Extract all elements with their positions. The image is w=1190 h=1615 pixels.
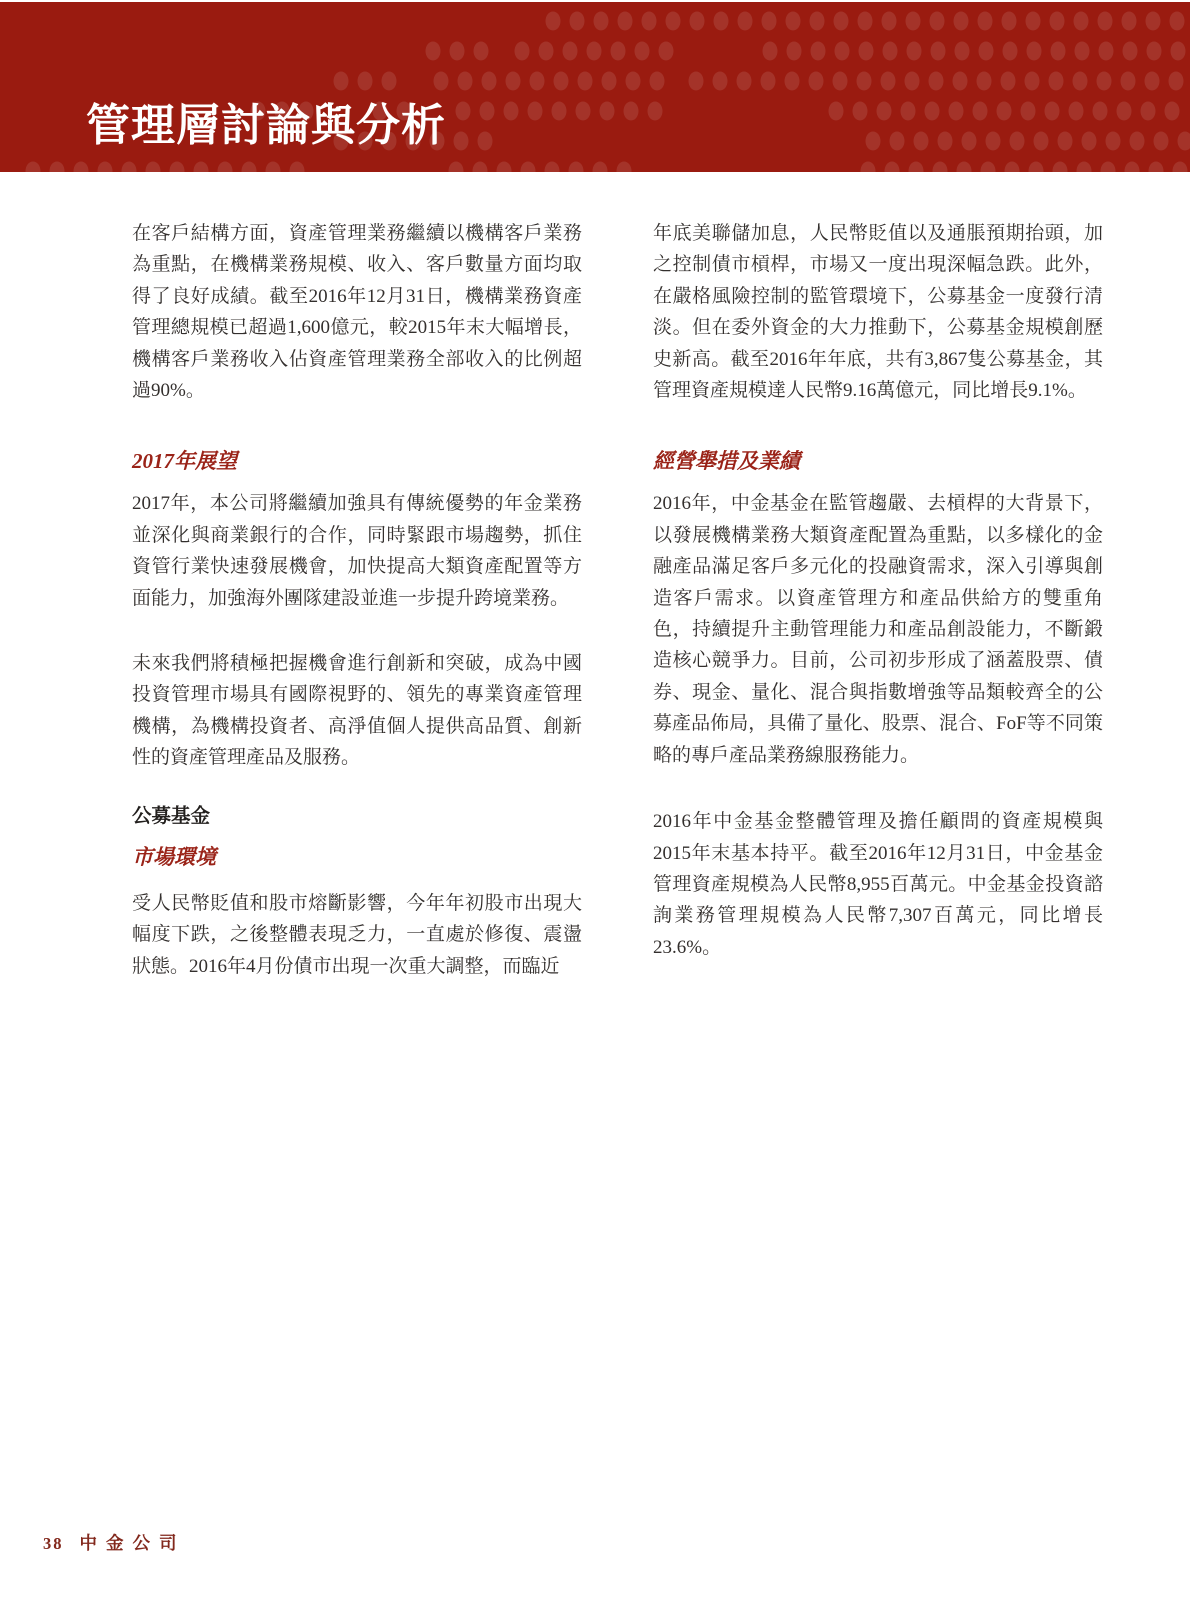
page-footer: 38中金公司 (43, 1530, 186, 1555)
right-column: 年底美聯儲加息，人民幣貶值以及通脹預期抬頭，加之控制債市槓桿，市場又一度出現深幅… (653, 218, 1103, 963)
paragraph-future-goals: 未來我們將積極把握機會進行創新和突破，成為中國投資管理市場具有國際視野的、領先的… (132, 648, 582, 774)
page-title: 管理層討論與分析 (86, 104, 446, 148)
paragraph-client-structure: 在客戶結構方面，資產管理業務繼續以機構客戶業務為重點，在機構業務規模、收入、客戶… (132, 218, 582, 406)
section-heading-operations-results: 經營舉措及業績 (653, 448, 1103, 474)
paragraph-2017-plan: 2017年，本公司將繼續加強具有傳統優勢的年金業務並深化與商業銀行的合作，同時緊… (132, 488, 582, 614)
page-header-banner: 管理層討論與分析 (0, 2, 1190, 172)
page-number: 38 (43, 1534, 64, 1553)
paragraph-cicc-fund-aum: 2016年中金基金整體管理及擔任顧問的資產規模與2015年末基本持平。截至201… (653, 806, 1103, 963)
paragraph-market-environment: 受人民幣貶值和股市熔斷影響，今年年初股市出現大幅度下跌，之後整體表現乏力，一直處… (132, 888, 582, 982)
paragraph-market-environment-continued: 年底美聯儲加息，人民幣貶值以及通脹預期抬頭，加之控制債市槓桿，市場又一度出現深幅… (653, 218, 1103, 406)
paragraph-cicc-fund-operations: 2016年，中金基金在監管趨嚴、去槓桿的大背景下，以發展機構業務大類資產配置為重… (653, 488, 1103, 771)
section-heading-public-funds: 公募基金 (132, 804, 582, 830)
company-name: 中金公司 (80, 1533, 186, 1553)
report-page: 管理層討論與分析 在客戶結構方面，資產管理業務繼續以機構客戶業務為重點，在機構業… (0, 0, 1190, 1615)
left-column: 在客戶結構方面，資產管理業務繼續以機構客戶業務為重點，在機構業務規模、收入、客戶… (132, 218, 582, 982)
section-heading-2017-outlook: 2017年展望 (132, 448, 582, 474)
section-heading-market-environment: 市場環境 (132, 844, 582, 870)
